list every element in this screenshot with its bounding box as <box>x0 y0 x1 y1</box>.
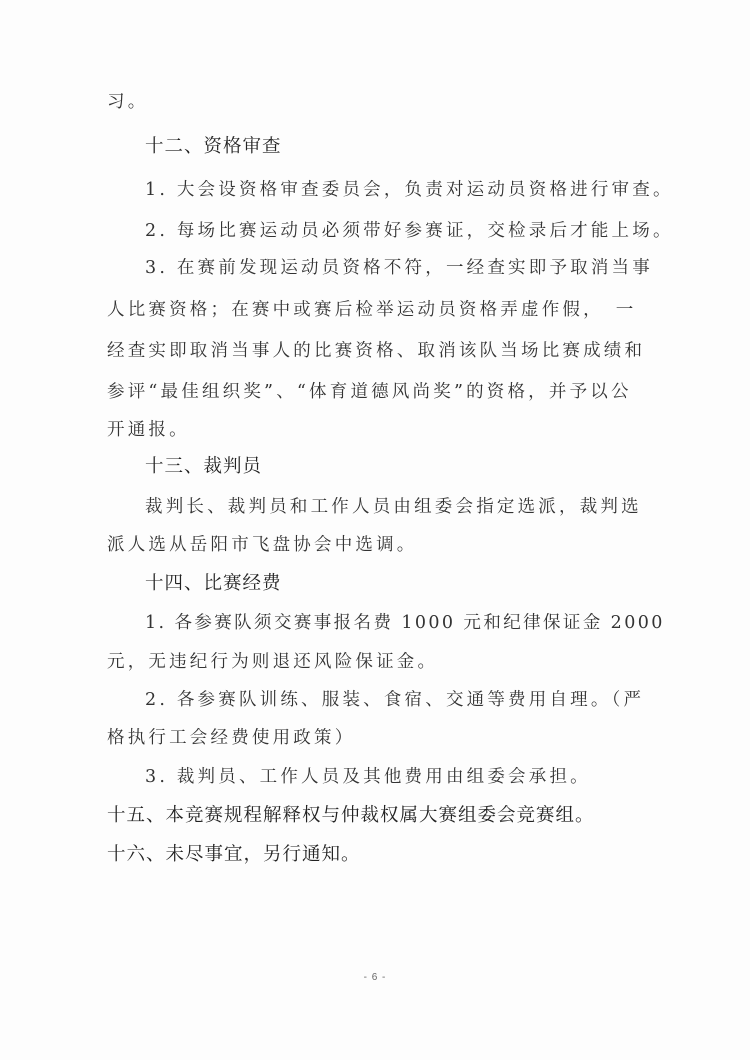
document-page: 习。 十二、资格审查 1. 大会设资格审查委员会，负责对运动员资格进行审查。 2… <box>0 0 750 1060</box>
section-heading-12: 十二、资格审查 <box>145 132 282 158</box>
section-heading-14: 十四、比赛经费 <box>145 569 282 595</box>
body-line: 1. 大会设资格审查委员会，负责对运动员资格进行审查。 <box>145 176 674 201</box>
body-line: 3. 在赛前发现运动员资格不符，一经查实即予取消当事 <box>145 254 653 279</box>
page-number: - 6 - <box>0 972 750 983</box>
body-line: 裁判长、裁判员和工作人员由组委会指定选派，裁判选 <box>145 493 642 518</box>
body-line: 开通报。 <box>107 416 190 441</box>
body-line: 习。 <box>107 88 148 113</box>
section-heading-13: 十三、裁判员 <box>145 452 262 478</box>
body-line: 2. 每场比赛运动员必须带好参赛证，交检录后才能上场。 <box>145 217 674 242</box>
body-line: 格执行工会经费使用政策） <box>107 724 355 749</box>
section-heading-15: 十五、本竞赛规程解释权与仲裁权属大赛组委会竞赛组。 <box>107 801 595 827</box>
body-line: 经查实即取消当事人的比赛资格、取消该队当场比赛成绩和 <box>107 337 645 362</box>
body-line: 参评“最佳组织奖”、“体育道德风尚奖”的资格，并予以公 <box>107 378 632 403</box>
body-line: 2. 各参赛队训练、服装、食宿、交通等费用自理。（严 <box>145 686 644 711</box>
section-heading-16: 十六、未尽事宜，另行通知。 <box>107 840 361 866</box>
body-line: 派人选从岳阳市飞盘协会中选调。 <box>107 531 418 556</box>
body-line: 元，无违纪行为则退还风险保证金。 <box>107 648 438 673</box>
body-line: 1. 各参赛队须交赛事报名费 1000 元和纪律保证金 2000 <box>145 609 665 634</box>
body-line: 人比赛资格；在赛中或赛后检举运动员资格弄虚作假， 一 <box>107 296 636 321</box>
body-line: 3. 裁判员、工作人员及其他费用由组委会承担。 <box>145 763 591 788</box>
